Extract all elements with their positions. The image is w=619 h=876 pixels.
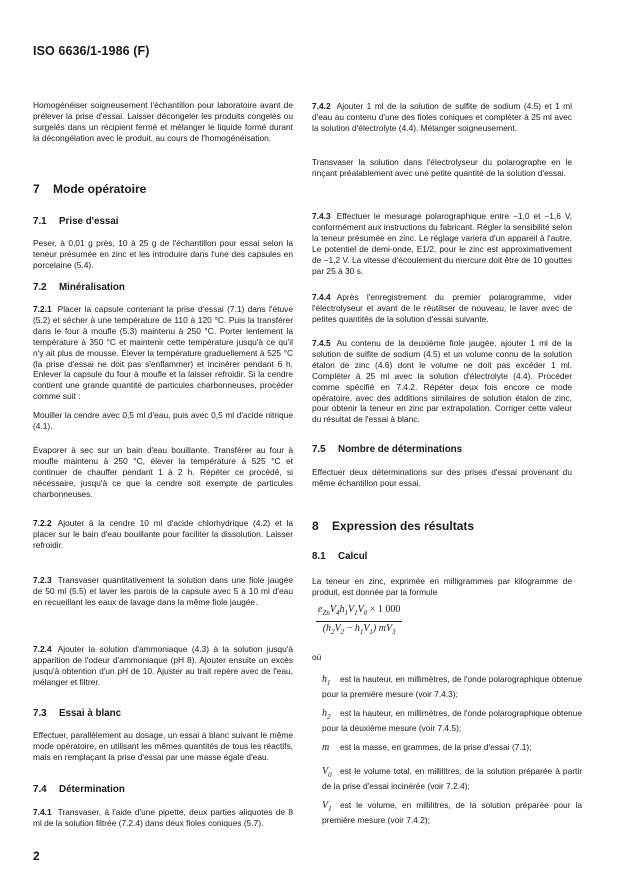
variable-symbol: h1 [322,675,340,689]
section-number: 8 [312,521,332,532]
where-label: où [312,652,572,663]
variable-description: est le volume total, en millilitres, de … [322,766,582,791]
section-number: 7 [33,184,53,195]
clause-number: 7.4.4 [312,292,331,302]
section-title: Expression des résultats [332,519,474,533]
variable-symbol: V1 [322,801,340,815]
formula-numerator: eZnV4h1V1V0 × 1 000 [316,605,402,622]
section-7-2-3: 7.2.3Transvaser quantitativement la solu… [33,575,293,608]
variable-symbol: m [322,743,340,757]
section-7-1-heading: 7.1Prise d'essai [33,217,293,228]
clause-number: 7.4.1 [33,807,52,817]
clause-number: 7.2.1 [33,304,52,314]
section-title: Mode opératoire [53,182,146,196]
clause-number: 7.2.3 [33,575,52,585]
section-7-2-4: 7.2.4Ajouter la solution d'ammoniaque (4… [33,644,293,688]
clause-number: 7.2.4 [33,644,52,654]
clause-number: 7.2.2 [33,518,52,528]
variable-description: est la masse, en grammes, de la prise d'… [340,742,532,752]
clause-text: Transvaser, à l'aide d'une pipette, deux… [33,807,293,828]
section-7-2-1: 7.2.1Placer la capsule contenant la pris… [33,304,293,402]
section-number: 8.1 [312,552,338,563]
section-7-2-2: 7.2.2Ajouter à la cendre 10 ml d'acide c… [33,518,293,551]
section-7-3-text: Effectuer, parallèlement au dosage, un e… [33,730,293,763]
clause-text: Transvaser quantitativement la solution … [33,575,293,607]
page-number: 2 [33,849,40,863]
variable-symbol: h2 [322,709,340,723]
clause-text: Après l'enregistrement du premier polaro… [312,292,572,324]
section-title: Minéralisation [59,282,125,293]
section-number: 7.5 [312,445,338,456]
variable-description: est le volume, en millilitres, de la sol… [322,800,582,825]
formula-denominator: (h2V2 − h1V1) mV3 [316,622,402,638]
clause-text: Ajouter à la cendre 10 ml d'acide chlorh… [33,518,293,550]
variable-definition-h1: h1est la hauteur, en millimètres, de l'o… [312,674,582,700]
section-title: Détermination [59,784,125,795]
section-number: 7.1 [33,217,59,228]
section-7-4-heading: 7.4Détermination [33,785,293,796]
section-7-4-3: 7.4.3Effectuer le mesurage polarographiq… [312,211,572,276]
section-number: 7.2 [33,283,59,294]
formula-fraction: eZnV4h1V1V0 × 1 000 (h2V2 − h1V1) mV3 [316,605,402,638]
section-7-4-2: 7.4.2Ajouter 1 ml de la solution de sulf… [312,101,572,134]
variable-definition-h2: h2est la hauteur, en millimètres, de l'o… [312,708,582,734]
formula-multiplier: × 1 000 [370,604,401,615]
section-title: Nombre de déterminations [338,444,462,455]
section-7-2-1-para-2: Mouiller la cendre avec 0,5 ml d'eau, pu… [33,410,293,432]
section-title: Essai à blanc [59,708,121,719]
section-7-5-text: Effectuer deux déterminations sur des pr… [312,467,572,489]
section-7-4-4: 7.4.4Après l'enregistrement du premier p… [312,292,572,325]
section-7-3-heading: 7.3Essai à blanc [33,709,293,720]
document-title: ISO 6636/1-1986 (F) [33,44,150,58]
intro-paragraph: Homogénéiser soigneusement l'échantillon… [33,100,293,144]
clause-number: 7.4.3 [312,211,331,221]
variable-definition-v0: V0est le volume total, en millilitres, d… [312,766,582,792]
section-7-4-5: 7.4.5Au contenu de la deuxième fiole jau… [312,338,572,425]
zinc-content-formula: eZnV4h1V1V0 × 1 000 (h2V2 − h1V1) mV3 [316,605,576,638]
variable-definition-m: mest la masse, en grammes, de la prise d… [312,742,582,757]
section-title: Calcul [338,551,367,562]
section-number: 7.4 [33,785,59,796]
section-title: Prise d'essai [59,216,119,227]
section-8-heading: 8Expression des résultats [312,521,572,532]
clause-text: Ajouter 1 ml de la solution de sulfite d… [312,101,572,133]
section-number: 7.3 [33,709,59,720]
section-8-1-heading: 8.1Calcul [312,552,572,563]
variable-symbol: V0 [322,767,340,781]
clause-number: 7.4.5 [312,338,331,348]
clause-text: Ajouter la solution d'ammoniaque (4.3) à… [33,644,293,687]
variable-description: est la hauteur, en millimètres, de l'ond… [322,674,582,699]
clause-number: 7.4.2 [312,101,331,111]
section-7-1-text: Peser, à 0,01 g près, 10 à 25 g de l'éch… [33,238,293,271]
variable-definition-v1: V1est le volume, en millilitres, de la s… [312,800,582,826]
clause-text: Effectuer le mesurage polarographique en… [312,211,572,276]
section-7-4-2-para-2: Transvaser la solution dans l'électrolys… [312,157,572,179]
clause-text: Placer la capsule contenant la prise d'e… [33,304,293,401]
section-7-heading: 7Mode opératoire [33,184,293,195]
section-7-5-heading: 7.5Nombre de déterminations [312,445,572,456]
section-7-2-heading: 7.2Minéralisation [33,283,293,294]
variable-description: est la hauteur, en millimètres, de l'ond… [322,708,582,733]
section-8-1-text: La teneur en zinc, exprimée en milligram… [312,576,572,598]
section-7-2-1-para-3: Évaporer à sec sur un bain d'eau bouilla… [33,445,293,500]
formula-minus: − [347,623,353,634]
clause-text: Au contenu de la deuxième fiole jaugée, … [312,338,572,424]
section-7-4-1: 7.4.1Transvaser, à l'aide d'une pipette,… [33,807,293,829]
